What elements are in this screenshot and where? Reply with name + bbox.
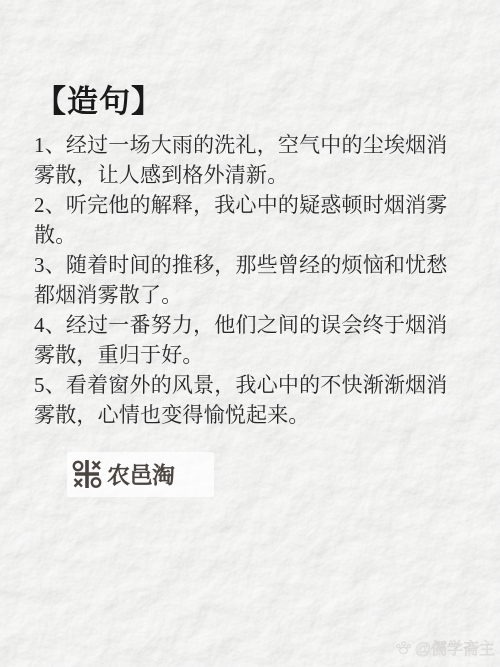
sentence-1: 1、经过一场大雨的洗礼，空气中的尘埃烟消 雾散，让人感到格外清新。 [34, 130, 459, 190]
paw-icon [395, 639, 412, 656]
sentence-2: 2、听完他的解释，我心中的疑惑顿时烟消雾 散。 [34, 190, 459, 250]
brand-logo-text: 农邑淘 [107, 457, 175, 490]
sentence-5: 5、看着窗外的风景，我心中的不快渐渐烟消 雾散，心情也变得愉悦起来。 [34, 370, 459, 430]
brand-logo: 农邑淘 [71, 457, 175, 490]
page-title: 【造句】 [35, 76, 163, 121]
sentence-list: 1、经过一场大雨的洗礼，空气中的尘埃烟消 雾散，让人感到格外清新。 2、听完他的… [34, 130, 459, 430]
sentence-3: 3、随着时间的推移，那些曾经的烦恼和忧愁 都烟消雾散了。 [34, 250, 459, 310]
note-page: 【造句】 1、经过一场大雨的洗礼，空气中的尘埃烟消 雾散，让人感到格外清新。 2… [0, 0, 500, 667]
watermark-text: @儒学斋主 [415, 636, 495, 659]
note-content: 【造句】 1、经过一场大雨的洗礼，空气中的尘埃烟消 雾散，让人感到格外清新。 2… [0, 0, 500, 667]
ox-xo-grid-icon [71, 458, 103, 490]
sentence-4: 4、经过一番努力，他们之间的误会终于烟消 雾散，重归于好。 [34, 310, 459, 370]
watermark: @儒学斋主 [395, 636, 495, 659]
